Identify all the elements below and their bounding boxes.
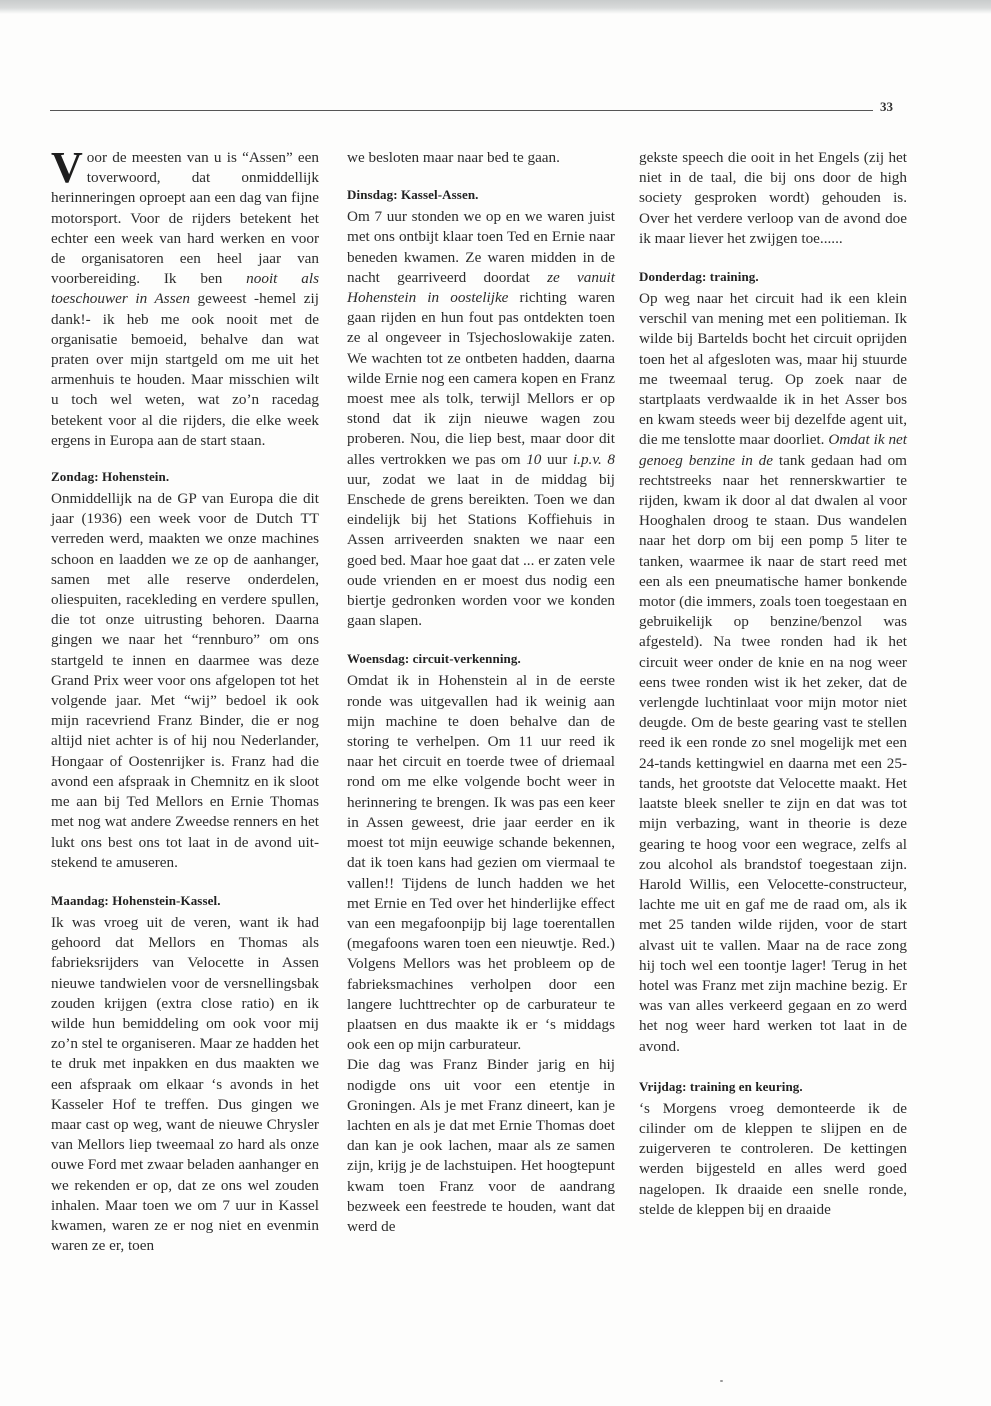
section-heading-vrijdag: Vrijdag: training en keuring. [639, 1078, 907, 1096]
section-paragraph: Omdat ik in Hohenstein al in de eerste r… [347, 671, 615, 1055]
scan-edge-shadow [0, 0, 991, 14]
section-heading-dinsdag: Dinsdag: Kassel-Assen. [347, 186, 615, 204]
section-heading-maandag: Maandag: Hohenstein-Kassel. [51, 892, 319, 910]
section-paragraph-continued: we besloten maar naar bed te gaan. [347, 148, 615, 168]
column-3: gekste speech die ooit in het Engels (zi… [639, 148, 907, 1220]
section-paragraph: Die dag was Franz Binder jarig en hij no… [347, 1055, 615, 1237]
section-paragraph: Ik was vroeg uit de veren, want ik had g… [51, 913, 319, 1256]
section-heading-zondag: Zondag: Hohenstein. [51, 468, 319, 486]
section-paragraph: Op weg naar het circuit had ik een klein… [639, 289, 907, 1057]
drop-cap: V [51, 150, 83, 186]
section-paragraph: ‘s Morgens vroeg demonteerde ik de cilin… [639, 1099, 907, 1220]
column-1: Voor de meesten van u is “Assen” een tov… [51, 148, 319, 1256]
section-paragraph: Om 7 uur stonden we op en we waren juist… [347, 207, 615, 631]
page-number: 33 [880, 99, 893, 115]
section-heading-woensdag: Woensdag: circuit-verkenning. [347, 650, 615, 668]
section-heading-donderdag: Donderdag: training. [639, 268, 907, 286]
header-rule [50, 110, 873, 111]
section-paragraph-continued: gekste speech die ooit in het Engels (zi… [639, 148, 907, 249]
column-2: we besloten maar naar bed te gaan. Dinsd… [347, 148, 615, 1237]
intro-paragraph: Voor de meesten van u is “Assen” een tov… [51, 148, 319, 451]
section-paragraph: Onmiddellijk na de GP van Europa die dit… [51, 489, 319, 873]
scan-speck [720, 1380, 723, 1382]
